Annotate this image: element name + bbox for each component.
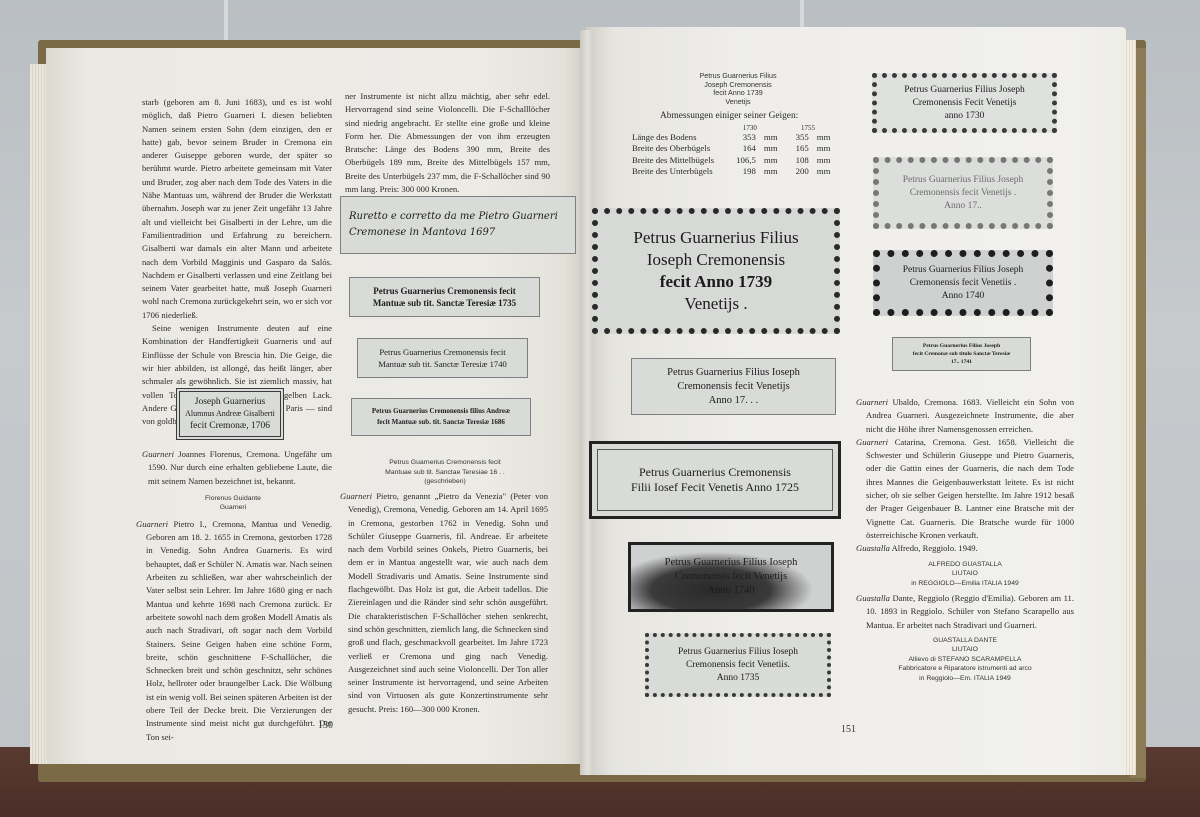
label-line: Anno 1740 [942, 290, 985, 303]
paragraph: ner Instrumente ist nicht allzu mächtig,… [345, 90, 550, 196]
entry-text: Pietro I., Cremona, Mantua und Venedig. … [146, 519, 332, 742]
label-1735: Petrus Guarnerius Filius Ioseph Cremonen… [645, 633, 831, 697]
label-mantuae-1686: Petrus Guarnerius Cremonensis filius And… [351, 398, 531, 436]
label-line: Anno 1735 [717, 672, 760, 685]
caption-top-1739: Petrus Guarnerius Filius Joseph Cremonen… [668, 72, 808, 106]
table-row: Breite des Oberbügels 164 mm 165 mm [628, 143, 834, 154]
label-small-1741: Petrus Guarnerius Filius Joseph fecit Cr… [892, 337, 1031, 371]
entry-text: Alfredo, Reggiolo. 1949. [890, 543, 978, 553]
label-line: Petrus Guarnerius Filius Joseph [903, 174, 1024, 187]
label-line: Mantuæ sub tit. Sanctæ Teresiæ 1735 [373, 297, 516, 309]
cell-unit: mm [760, 132, 782, 143]
cell-value: 198 [718, 166, 760, 177]
label-joseph-guarnerius-1706: Joseph Guarnerius Alumnus Andreæ Gisalbe… [176, 388, 284, 440]
label-mantuae-1735: Petrus Guarnerius Cremonensis fecit Mant… [349, 277, 540, 317]
label-line: Petrus Guarnerius Filius Ioseph [678, 646, 798, 659]
caption-line: in REGGIOLO—Emilia ITALIA 1949 [856, 579, 1074, 589]
label-line: Cremonensis fecit Venetijs . [910, 187, 1016, 200]
label-line: fecit Anno 1739 [660, 271, 772, 293]
cell-unit: mm [813, 166, 835, 177]
page-number-right: 151 [841, 724, 856, 735]
label-1740-ornate: Petrus Guarnerius Filius Joseph Cremonen… [873, 250, 1053, 316]
label-line: Cremonensis Fecit Venetijs [913, 97, 1017, 110]
label-line: Joseph Guarnerius [195, 396, 265, 408]
entry-text: Joannes Florenus, Cremona. Ungefähr um 1… [148, 449, 332, 486]
cell-unit: mm [760, 166, 782, 177]
cell-unit: mm [813, 132, 835, 143]
book-gutter [580, 30, 594, 775]
entry-name: Guastalla [856, 593, 890, 603]
label-line: Petrus Guarnerius Filius Joseph [923, 342, 1000, 350]
label-line: Petrus Guarnerius Filius [633, 227, 798, 249]
page-number-left: 150 [318, 720, 333, 731]
dimensions-title: Abmessungen einiger seiner Geigen: [660, 111, 798, 121]
label-line: Alumnus Andreæ Gisalberti [185, 408, 275, 420]
label-line: Cremonensis fecit Venetiis . [910, 277, 1016, 290]
label-line: fecit Mantuæ sub. tit. Sanctæ Teresiæ 16… [377, 417, 505, 428]
caption-mantuae: Petrus Guarnerius Cremonensis fecit Mant… [345, 458, 545, 487]
entry-name: Guarneri [856, 437, 888, 447]
label-line: fecit Cremonæ sub titulo Sanctæ Teresiæ [913, 350, 1011, 358]
background-tile-line [800, 0, 804, 30]
entry-name: Guarneri [856, 397, 888, 407]
background-tile-line [224, 0, 228, 40]
caption-line: (geschrieben) [345, 477, 545, 487]
cell-value: 106,5 [718, 155, 760, 166]
label-line: Petrus Guarnerius Filius Ioseph [665, 556, 798, 570]
caption-line: LIUTAIO [856, 569, 1074, 579]
entry-guastalla-alfredo: Guastalla Alfredo, Reggiolo. 1949. [856, 542, 1074, 555]
entry-text: Pietro, genannt „Pietro da Venezia" (Pet… [348, 491, 548, 714]
row-label: Breite des Mittelbügels [628, 155, 718, 166]
label-1739-large: Petrus Guarnerius Filius Ioseph Cremonen… [592, 208, 840, 334]
caption-line: GUASTALLA DANTE [856, 636, 1074, 646]
caption-line: Fabbricatore e Riparatore istrumenti ad … [856, 664, 1074, 674]
entry-text: Catarina, Cremona. Gest. 1658. Vielleich… [866, 437, 1074, 540]
left-column-2: ner Instrumente ist nicht allzu mächtig,… [345, 90, 550, 196]
label-line: Anno 1740 [708, 584, 755, 598]
caption-line: Venetijs [668, 98, 808, 107]
label-line: Petrus Guarnerius Cremonensis fecit [373, 285, 516, 297]
label-line: Petrus Guarnerius Filius Joseph [904, 84, 1025, 97]
caption-florenus: Florenus Guidante Guarneri [134, 494, 332, 513]
entry-guarneri-florenus: Guarneri Joannes Florenus, Cremona. Unge… [134, 448, 332, 488]
left-column-1: starb (geboren am 8. Juni 1683), und es … [142, 96, 332, 428]
entry-guarneri-pietro-venezia: Guarneri Pietro, genannt „Pietro da Vene… [340, 490, 548, 716]
label-line: anno 1730 [945, 110, 985, 123]
caption-alfredo-guastalla: ALFREDO GUASTALLA LIUTAIO in REGGIOLO—Em… [856, 560, 1074, 589]
table-row: Breite des Unterbügels 198 mm 200 mm [628, 166, 834, 177]
cell-unit: mm [760, 143, 782, 154]
cell-unit: mm [813, 143, 835, 154]
label-line: Ruretto e corretto da me Pietro Guarneri [349, 209, 558, 225]
label-line: fecit Cremonæ, 1706 [190, 420, 270, 432]
label-line: Filii Iosef Fecit Venetis Anno 1725 [631, 480, 799, 495]
cell-unit: mm [813, 155, 835, 166]
label-1725: Petrus Guarnerius Cremonensis Filii Iose… [589, 441, 841, 519]
row-label: Breite des Unterbügels [628, 166, 718, 177]
label-line: Mantuæ sub tit. Sanctæ Teresiæ 1740 [378, 358, 507, 370]
caption-line: Guarneri [134, 503, 332, 513]
label-line: Ioseph Cremonensis [647, 249, 785, 271]
dimensions-table: 1730 1755 Länge des Bodens 353 mm 355 mm… [628, 124, 834, 178]
label-line: Cremonensis fecit Venetijs [677, 380, 789, 394]
cell-value: 355 [782, 132, 813, 143]
table-row: Breite des Mittelbügels 106,5 mm 108 mm [628, 155, 834, 166]
label-line: Venetijs . [684, 293, 747, 315]
label-17xx-a: Petrus Guarnerius Filius Ioseph Cremonen… [631, 358, 836, 415]
cell-value: 165 [782, 143, 813, 154]
left-column-1-lower: Guarneri Joannes Florenus, Cremona. Unge… [134, 448, 332, 744]
label-line: Anno 17.. [944, 200, 982, 213]
entry-name: Guarneri [340, 491, 372, 501]
year-header: 1730 [718, 124, 781, 132]
right-page-stack [1124, 40, 1136, 775]
left-column-2-lower: Guarneri Pietro, genannt „Pietro da Vene… [340, 490, 548, 716]
label-line: Cremonese in Mantova 1697 [349, 225, 495, 241]
label-line: Cremonensis fecit Venetijs [675, 570, 787, 584]
caption-guastalla-dante: GUASTALLA DANTE LIUTAIO Allievo di STEFA… [856, 636, 1074, 684]
label-line: Anno 17. . . [709, 394, 759, 408]
entry-text: Ubaldo, Cremona. 1683. Vielleicht ein So… [866, 397, 1074, 434]
entry-text: Dante, Reggiolo (Reggio d'Emilia). Gebor… [866, 593, 1074, 630]
label-mantuae-1740: Petrus Guarnerius Cremonensis fecit Mant… [357, 338, 528, 378]
caption-line: LIUTAIO [856, 645, 1074, 655]
entry-guarneri-pietro-1: Guarneri Pietro I., Cremona, Mantua und … [134, 518, 332, 744]
label-1730: Petrus Guarnerius Filius Joseph Cremonen… [872, 73, 1057, 133]
label-line: Petrus Guarnerius Cremonensis fecit [379, 346, 505, 358]
row-label: Breite des Oberbügels [628, 143, 718, 154]
caption-line: Mantuae sub tit. Sanctae Teresiae 16 . . [345, 468, 545, 478]
cell-value: 200 [782, 166, 813, 177]
table-row: Länge des Bodens 353 mm 355 mm [628, 132, 834, 143]
cell-value: 164 [718, 143, 760, 154]
caption-line: ALFREDO GUASTALLA [856, 560, 1074, 570]
label-1740-stained: Petrus Guarnerius Filius Ioseph Cremonen… [628, 542, 834, 612]
row-label: Länge des Bodens [628, 132, 718, 143]
cell-value: 108 [782, 155, 813, 166]
year-header: 1755 [782, 124, 835, 132]
label-line: Petrus Guarnerius Filius Joseph [903, 264, 1024, 277]
label-line: 17.. 1741 [951, 358, 972, 366]
entry-name: Guarneri [136, 519, 168, 529]
label-17xx-b: Petrus Guarnerius Filius Joseph Cremonen… [873, 157, 1053, 229]
caption-line: Florenus Guidante [134, 494, 332, 504]
label-line: Cremonensis fecit Venetiis. [686, 659, 790, 672]
entry-guarneri-ubaldo: Guarneri Ubaldo, Cremona. 1683. Vielleic… [856, 396, 1074, 436]
entry-guastalla-dante: Guastalla Dante, Reggiolo (Reggio d'Emil… [856, 592, 1074, 632]
caption-line: Petrus Guarnerius Cremonensis fecit [345, 458, 545, 468]
label-line: Petrus Guarnerius Cremonensis [639, 465, 791, 480]
cell-unit: mm [760, 155, 782, 166]
label-line: Petrus Guarnerius Filius Ioseph [667, 366, 800, 380]
label-handwritten-1697: Ruretto e corretto da me Pietro Guarneri… [340, 196, 576, 254]
caption-line: in Reggiolo—Em. ITALIA 1949 [856, 674, 1074, 684]
entry-name: Guarneri [142, 449, 174, 459]
entry-name: Guastalla [856, 543, 890, 553]
caption-line: Allievo di STEFANO SCARAMPELLA [856, 655, 1074, 665]
paragraph: starb (geboren am 8. Juni 1683), und es … [142, 96, 332, 322]
dimensions-header-row: 1730 1755 [628, 124, 834, 132]
label-line: Petrus Guarnerius Cremonensis filius And… [372, 406, 510, 417]
cell-value: 353 [718, 132, 760, 143]
entry-guarneri-catarina: Guarneri Catarina, Cremona. Gest. 1658. … [856, 436, 1074, 542]
right-column: Guarneri Ubaldo, Cremona. 1683. Vielleic… [856, 396, 1074, 683]
